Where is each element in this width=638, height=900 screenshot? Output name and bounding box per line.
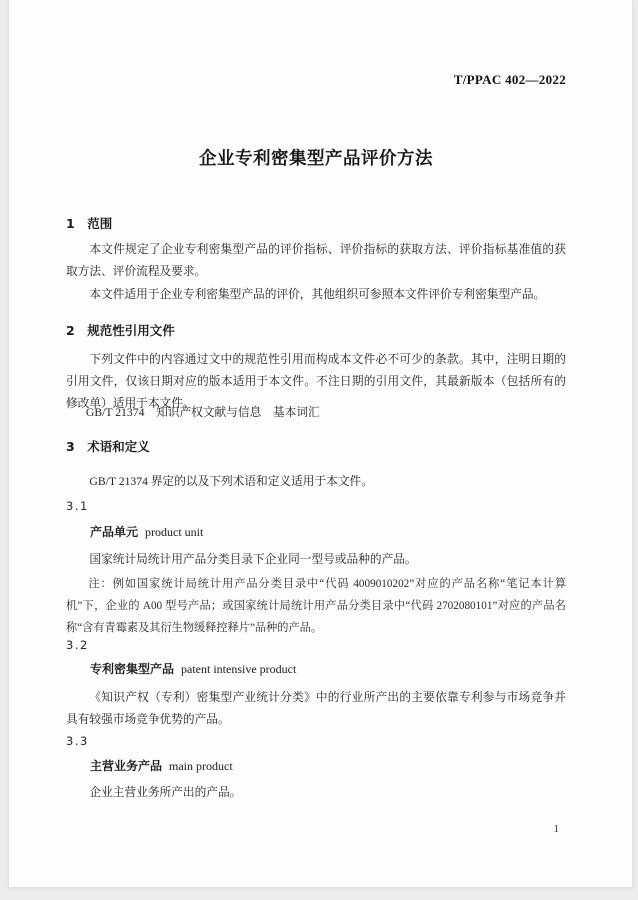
- definition-product-unit: 国家统计局统计用产品分类目录下企业同一型号或品种的产品。: [66, 549, 566, 571]
- definition-main-product: 企业主营业务所产出的产品。: [66, 782, 566, 804]
- clause-3-2-number: 3.2: [66, 638, 566, 652]
- document-canvas: T/PPAC 402—2022 企业专利密集型产品评价方法 1 范围 本文件规定…: [0, 0, 638, 900]
- document-page: T/PPAC 402—2022 企业专利密集型产品评价方法 1 范围 本文件规定…: [8, 0, 633, 888]
- term-main-product-en: main product: [169, 759, 233, 773]
- term-main-product-zh: 主营业务产品: [90, 759, 162, 773]
- section-1-paragraph-2: 本文件适用于企业专利密集型产品的评价，其他组织可参照本文件评价专利密集型产品。: [66, 284, 566, 306]
- clause-3-3-number: 3.3: [66, 734, 566, 748]
- section-2-heading: 2 规范性引用文件: [66, 321, 566, 339]
- clause-3-1-number: 3.1: [66, 499, 566, 513]
- term-patent-intensive-product: 专利密集型产品patent intensive product: [66, 660, 590, 677]
- term-main-product: 主营业务产品main product: [66, 757, 590, 774]
- term-patent-intensive-product-en: patent intensive product: [181, 662, 296, 676]
- section-3-heading: 3 术语和定义: [66, 437, 566, 455]
- section-2-normative-reference: GB/T 21374 知识产权文献与信息 基本词汇: [66, 402, 566, 424]
- section-3-intro: GB/T 21374 界定的以及下列术语和定义适用于本文件。: [66, 471, 566, 493]
- term-product-unit-en: product unit: [145, 525, 203, 539]
- term-patent-intensive-product-zh: 专利密集型产品: [90, 662, 174, 676]
- section-1-heading: 1 范围: [66, 214, 566, 232]
- section-1-paragraph-1: 本文件规定了企业专利密集型产品的评价指标、评价指标的获取方法、评价指标基准值的获…: [66, 239, 566, 283]
- term-product-unit: 产品单元product unit: [66, 523, 590, 540]
- page-number: 1: [66, 823, 566, 835]
- definition-patent-intensive-product: 《知识产权（专利）密集型产业统计分类》中的行业所产出的主要依靠专利参与市场竞争并…: [66, 687, 566, 731]
- note-product-unit: 注：例如国家统计局统计用产品分类目录中“代码 4009010202”对应的产品名…: [66, 573, 566, 639]
- term-product-unit-zh: 产品单元: [90, 525, 138, 539]
- standard-number: T/PPAC 402—2022: [66, 72, 566, 88]
- document-title: 企业专利密集型产品评价方法: [66, 145, 566, 170]
